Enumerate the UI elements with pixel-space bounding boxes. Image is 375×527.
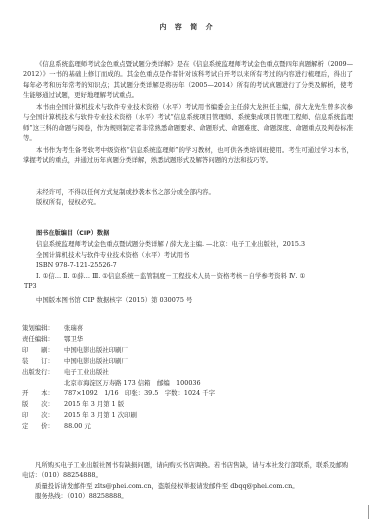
- imprint-row: 北京市海淀区万寿路 173 信箱 邮编 100036: [22, 378, 215, 389]
- page-title: 内 容 简 介: [0, 22, 375, 32]
- imprint-row: 印 刷：中国电影出版社印刷厂: [22, 345, 215, 356]
- imprint-row: 责任编辑：鄂卫华: [22, 334, 215, 345]
- intro-paragraph-1: 《信息系统监理师考试金色重点暨试题分类详解》是在《信息系统监理师考试金色重点暨四…: [23, 59, 353, 101]
- cip-classification: TP3: [24, 281, 356, 291]
- cip-line: Ⅰ. ①信… Ⅱ. ①薛… Ⅲ. ①信息系统－监管制度－工程技术人员－资格考核－…: [36, 271, 356, 281]
- imprint-block: 策划编辑：张瑞喜 责任编辑：鄂卫华 印 刷：中国电影出版社印刷厂 装 订：中国电…: [22, 323, 215, 432]
- imprint-row: 开 本：787×1092 1/16 印张：39.5 字数：1024 千字: [22, 388, 215, 399]
- footer-line: 质量投诉请发邮件至 zlts@phei.com.cn，盗版侵权举报请发邮件至 d…: [22, 481, 354, 491]
- footer-notice: 凡所购买电子工业出版社图书有缺损问题，请向购买书店调换。若书店售缺，请与本社发行…: [22, 460, 354, 502]
- intro-paragraph-3: 本书作为考生备考软考中级资格“信息系统监理师”的学习教材，也可供各类培训班使用。…: [23, 145, 353, 166]
- imprint-row: 定 价：88.00 元: [22, 421, 215, 432]
- footer-line: 凡所购买电子工业出版社图书有缺损问题，请向购买书店调换。若书店售缺，请与本社发行…: [22, 460, 354, 481]
- intro-paragraph-2: 本书由全国计算机技术与软件专业技术资格（水平）考试用书编委会主任薛大龙担任主编，…: [23, 102, 353, 144]
- cip-isbn: ISBN 978-7-121-25526-7: [36, 260, 356, 270]
- cip-line: 信息系统监理师考试金色重点暨试题分类详解 / 薛大龙主编. —北京：电子工业出版…: [36, 239, 356, 249]
- page-edge-mark: [368, 505, 369, 519]
- cip-heading: 图书在版编目（CIP）数据: [36, 229, 356, 239]
- imprint-row: 装 订：中国电影出版社印刷厂: [22, 356, 215, 367]
- copyright-notice: 未经许可，不得以任何方式复制或抄袭本书之部分或全部内容。: [36, 187, 215, 197]
- imprint-row: 策划编辑：张瑞喜: [22, 323, 215, 334]
- cip-data-block: 图书在版编目（CIP）数据 信息系统监理师考试金色重点暨试题分类详解 / 薛大龙…: [36, 229, 356, 306]
- footer-line: 服务热线：（010）88258888。: [22, 491, 354, 501]
- imprint-row: 出版发行：电子工业出版社: [22, 367, 215, 378]
- rights-reserved-notice: 版权所有，侵权必究。: [36, 197, 100, 207]
- imprint-row: 版 次：2015 年 3 月第 1 版: [22, 399, 215, 410]
- imprint-row: 印 次：2015 年 3 月第 1 次印刷: [22, 410, 215, 421]
- cip-number: 中国版本图书馆 CIP 数据核字（2015）第 030075 号: [36, 295, 356, 305]
- cip-line: 全国计算机技术与软件专业技术资格（水平）考试用书: [36, 250, 356, 260]
- copyright-page: 内 容 简 介 《信息系统监理师考试金色重点暨试题分类详解》是在《信息系统监理师…: [0, 0, 375, 527]
